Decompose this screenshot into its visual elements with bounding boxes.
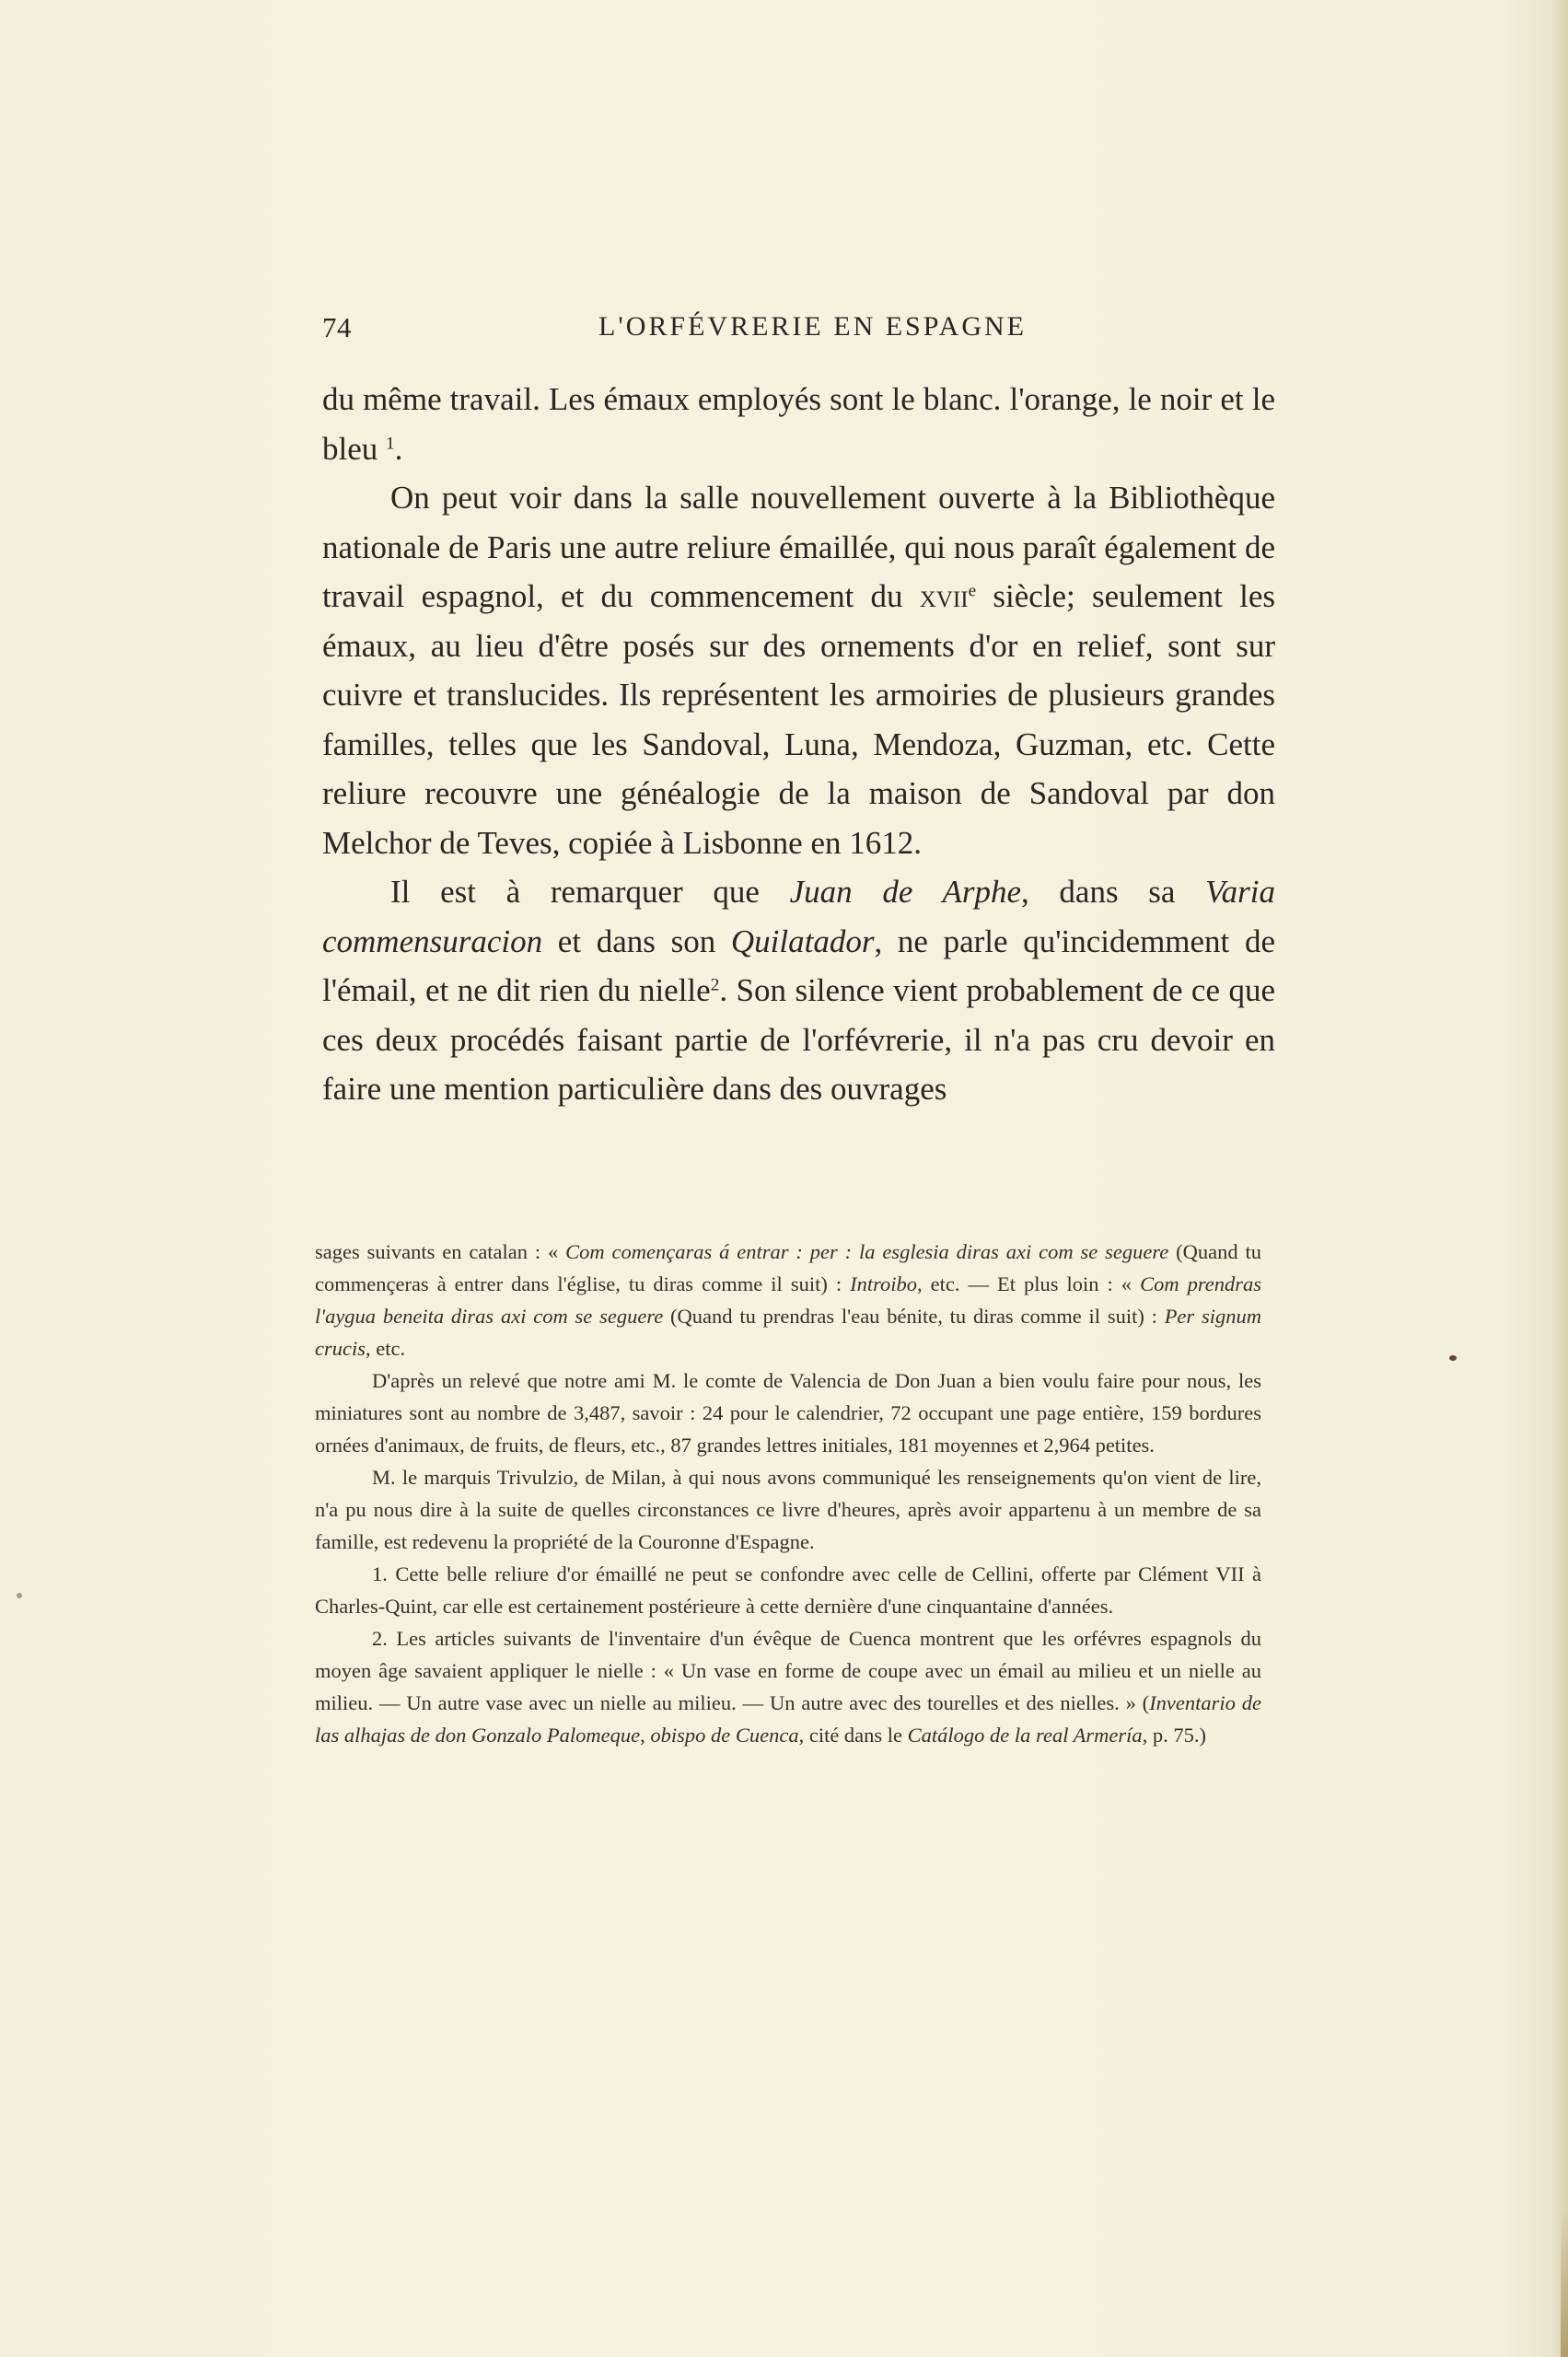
footnotes: sages suivants en catalan : « Com començ… <box>315 1236 1261 1751</box>
text-run: , etc. — Et plus loin : « <box>917 1272 1140 1295</box>
footnote-ref-1[interactable]: 1 <box>386 434 395 453</box>
text-run: et dans son <box>542 923 731 959</box>
text-run: , etc. <box>366 1337 405 1360</box>
ordinal-superscript: e <box>969 581 977 600</box>
footnote-1: 1. Cette belle reliure d'or émaillé ne p… <box>315 1558 1261 1622</box>
book-page: 74 L'ORFÉVRERIE EN ESPAGNE du même trava… <box>0 0 1568 2357</box>
text-run: , p. 75.) <box>1143 1724 1206 1747</box>
text-run: , cité dans le <box>799 1724 908 1747</box>
paper-speck <box>1449 1355 1457 1361</box>
page-edge-stain <box>1561 2210 1568 2357</box>
footnote-continued: sages suivants en catalan : « Com començ… <box>315 1236 1261 1364</box>
italic-quote: Com començaras á entrar : per : la esgle… <box>565 1240 1168 1263</box>
paragraph: On peut voir dans la salle nouvellement … <box>322 473 1275 867</box>
text-run: du même travail. Les émaux employés sont… <box>322 381 1275 467</box>
footnote-miniatures: D'après un relevé que notre ami M. le co… <box>315 1364 1261 1461</box>
century-numeral: xvii <box>920 578 969 614</box>
italic-title: Quilatador <box>731 923 875 959</box>
paragraph: du même travail. Les émaux employés sont… <box>322 375 1275 473</box>
paper-speck <box>17 1593 22 1598</box>
text-run: . <box>395 431 403 467</box>
main-text: du même travail. Les émaux employés sont… <box>322 375 1275 1114</box>
text-run: (Quand tu prendras l'eau bénite, tu dira… <box>663 1305 1164 1328</box>
italic-citation: Catálogo de la real Armería <box>908 1724 1143 1747</box>
text-run: sages suivants en catalan : « <box>315 1240 565 1263</box>
running-title: L'ORFÉVRERIE EN ESPAGNE <box>322 311 1275 343</box>
running-head: 74 L'ORFÉVRERIE EN ESPAGNE <box>322 311 1275 348</box>
text-run: Il est à remarquer que <box>390 874 790 910</box>
footnote-trivulzio: M. le marquis Trivulzio, de Milan, à qui… <box>315 1461 1261 1558</box>
text-run: 2. Les articles suivants de l'inventaire… <box>315 1627 1261 1714</box>
paragraph: Il est à remarquer que Juan de Arphe, da… <box>322 867 1275 1114</box>
footnote-2: 2. Les articles suivants de l'inventaire… <box>315 1622 1261 1751</box>
italic-name: Juan de Arphe <box>790 874 1021 910</box>
text-run: , dans sa <box>1021 874 1205 910</box>
text-run: siècle; seulement les émaux, au lieu d'ê… <box>322 578 1275 861</box>
footnote-ref-2[interactable]: 2 <box>711 975 720 994</box>
italic-quote: Introibo <box>850 1272 917 1295</box>
